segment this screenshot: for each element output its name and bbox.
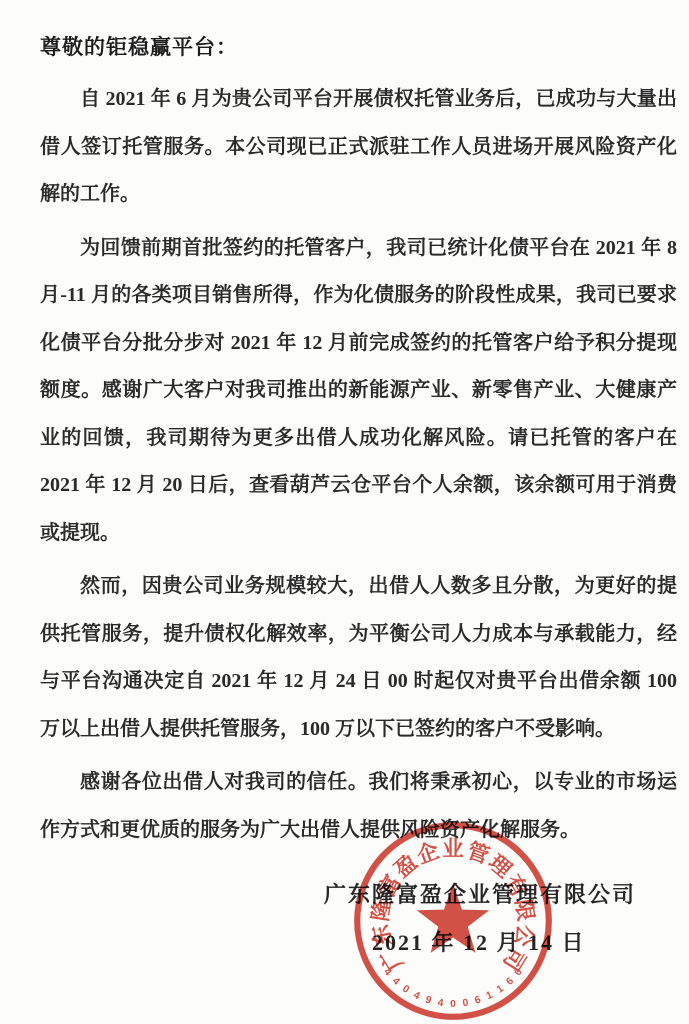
paragraph-3: 然而，因贵公司业务规模较大，出借人人数多且分散，为更好的提供托管服务，提升债权化…	[40, 563, 677, 753]
seal-code-digit: 4	[390, 976, 402, 988]
company-seal: 广东隆富盈企业管理有限公司 4404940061160	[350, 818, 556, 1024]
seal-ring-char: 隆	[368, 897, 395, 922]
seal-code-digit: 9	[424, 995, 433, 1007]
letter-document: 尊敬的钜稳赢平台： 自 2021 年 6 月为贵公司平台开展债权托管业务后，已成…	[0, 0, 689, 1024]
seal-code-digit: 6	[473, 994, 482, 1006]
seal-ring-char: 限	[511, 898, 538, 923]
seal-code-digit: 0	[450, 999, 456, 1010]
seal-code-digit: 0	[462, 998, 470, 1010]
seal-code-digit: 4	[437, 998, 445, 1010]
paragraph-2: 为回馈前期首批签约的托管客户，我司已统计化债平台在 2021 年 8 月-11 …	[40, 225, 677, 558]
salutation: 尊敬的钜稳赢平台：	[40, 24, 677, 70]
seal-star-icon	[417, 884, 490, 953]
seal-code-digit: 4	[411, 990, 421, 1003]
paragraph-1: 自 2021 年 6 月为贵公司平台开展债权托管业务后，已成功与大量出借人签订托…	[40, 76, 677, 219]
letter-body: 尊敬的钜稳赢平台： 自 2021 年 6 月为贵公司平台开展债权托管业务后，已成…	[0, 0, 689, 854]
seal-ring-char: 业	[442, 837, 464, 861]
seal-code-digit: 1	[485, 990, 495, 1003]
seal-code-digit: 1	[495, 983, 506, 995]
seal-ring-char: 东	[367, 922, 396, 949]
seal-code-digit: 6	[504, 976, 516, 988]
seal-code-digit: 0	[400, 983, 411, 995]
